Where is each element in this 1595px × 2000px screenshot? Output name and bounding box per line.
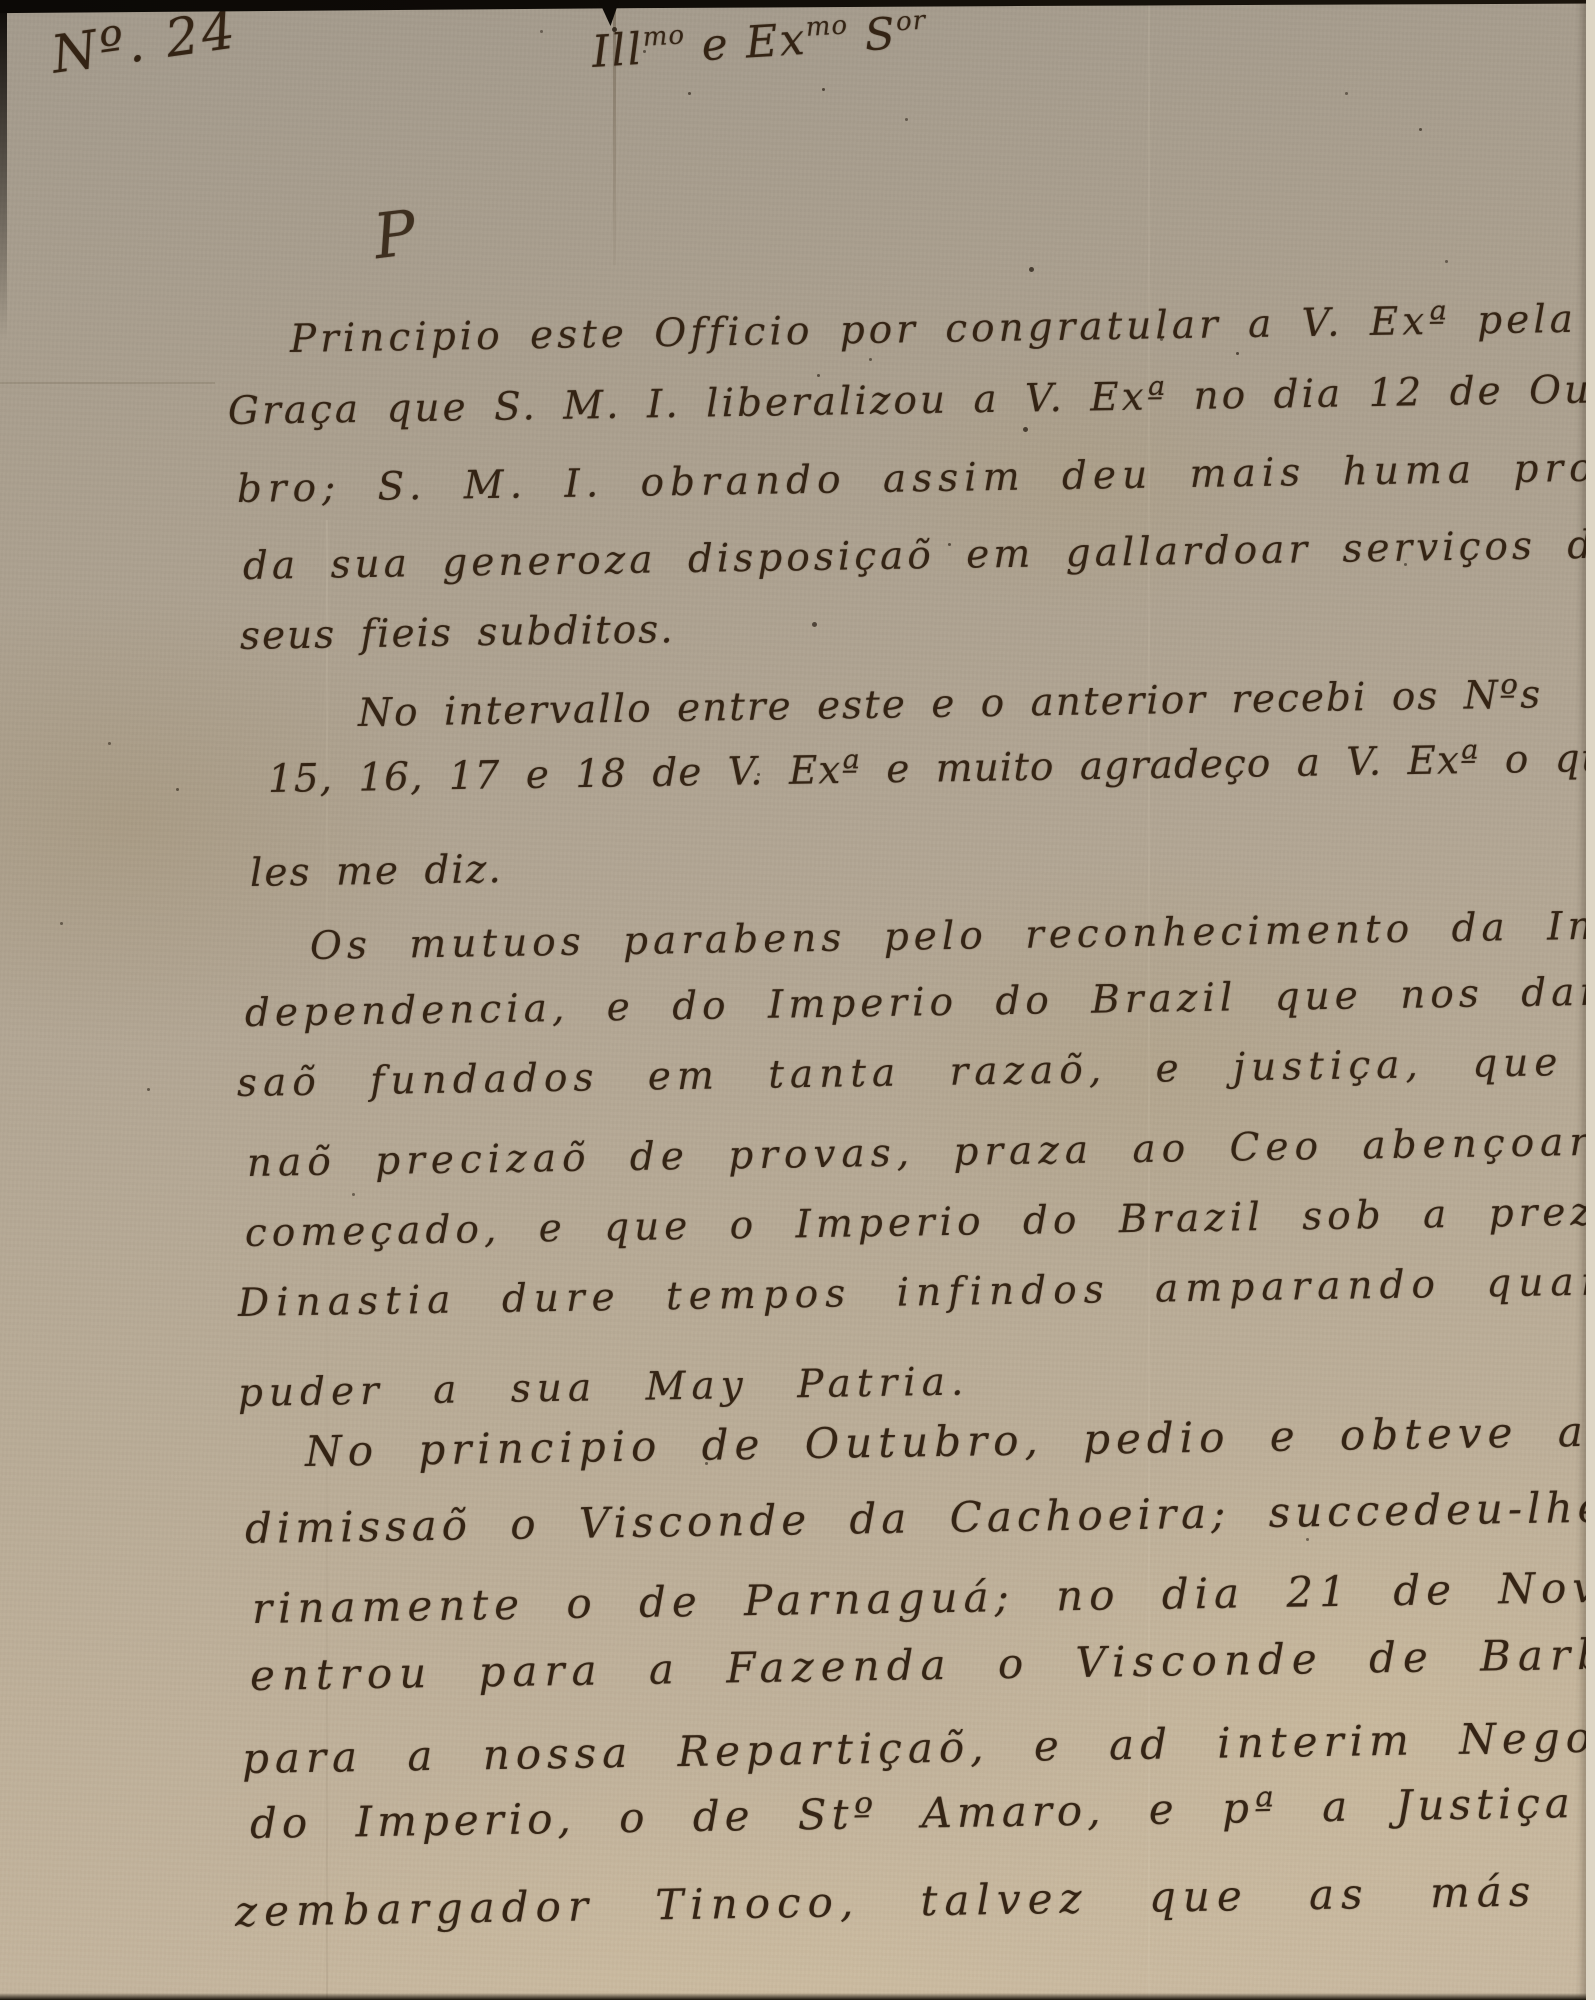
pen-flourish: P <box>370 196 420 274</box>
salutation-superscript: or <box>895 6 927 38</box>
manuscript-line: Os mutuos parabens pelo reconhecimento d… <box>310 904 1595 970</box>
salutation-text: Ill <box>590 24 645 78</box>
fold-crease-horizontal <box>0 382 215 384</box>
manuscript-line: zembargador Tinoco, talvez que as más no… <box>235 1864 1595 1936</box>
manuscript-line: No intervallo entre este e o anterior re… <box>358 673 1543 736</box>
salutation-superscript: mo <box>642 20 686 53</box>
manuscript-line: dimissaõ o Visconde da Cachoeira; succed… <box>245 1481 1595 1554</box>
manuscript-line: Dinastia dure tempos infindos amparando … <box>238 1260 1595 1327</box>
scan-edge-bottom <box>0 1993 1595 2000</box>
manuscript-line: Graça que S. M. I. liberalizou a V. Exª … <box>228 367 1595 435</box>
manuscript-line: Principio este Officio por congratular a… <box>290 298 1578 363</box>
salutation-superscript: mo <box>805 10 849 43</box>
manuscript-line: seus fieis subditos. <box>240 608 675 660</box>
manuscript-line: para a nossa Repartiçaõ, e ad interim Ne… <box>242 1712 1595 1783</box>
manuscript-line: 15, 16, 17 e 18 de V. Exª e muito agrade… <box>268 735 1595 803</box>
manuscript-line: bro; S. M. I. obrando assim deu mais hum… <box>237 446 1595 513</box>
salutation-text: S <box>847 8 898 62</box>
manuscript-line: começado, e que o Imperio do Brazil sob … <box>245 1189 1595 1257</box>
scan-edge-left <box>0 0 7 340</box>
manuscript-line: No principio de Outubro, pedio e obteve … <box>305 1406 1595 1477</box>
manuscript-line: puder a sua May Patria. <box>238 1361 970 1417</box>
manuscript-line: naõ precizaõ de provas, praza ao Ceo abe… <box>247 1120 1595 1187</box>
manuscript-line: dependencia, e do Imperio do Brazil que … <box>245 970 1595 1037</box>
salutation: Illmo e Exmo Sor <box>590 6 928 78</box>
manuscript-line: da sua generoza disposiçaõ em gallardoar… <box>243 523 1595 590</box>
manuscript-line: do Imperio, o de Stº Amaro, e pª a Justi… <box>250 1776 1595 1849</box>
scan-strip-right <box>1586 0 1595 2000</box>
scanned-letter-page: Nº. 24 Illmo e Exmo Sor P Principio este… <box>0 0 1595 2000</box>
manuscript-line: rinamente o de Parnaguá; no dia 21 de No… <box>252 1561 1595 1633</box>
manuscript-line: saõ fundados em tanta razaõ, e justiça, … <box>237 1040 1595 1107</box>
salutation-text: e Ex <box>684 14 808 72</box>
document-number: Nº. 24 <box>48 0 242 85</box>
manuscript-line: les me diz. <box>250 848 503 897</box>
manuscript-line: entrou para a Fazenda o Visconde de Barb… <box>250 1628 1595 1700</box>
